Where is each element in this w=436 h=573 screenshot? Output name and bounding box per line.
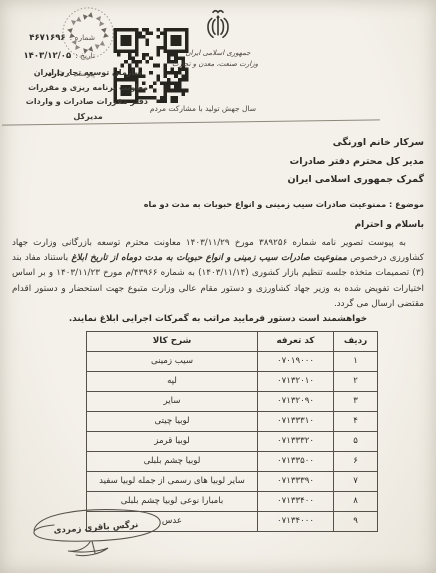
table-row: ۷۰۷۱۳۳۳۹۰سایر لوبیا های رسمی از جمله لوب… <box>87 471 378 491</box>
tariff-code-cell: ۰۷۱۳۲۰۱۰ <box>258 371 334 391</box>
row-index-cell: ۹ <box>334 511 378 531</box>
row-index-cell: ۲ <box>334 371 378 391</box>
table-row: ۵۰۷۱۳۳۳۲۰لوبیا قرمز <box>87 431 378 451</box>
tariff-code-cell: ۰۷۱۳۳۴۰۰ <box>258 491 334 511</box>
organization-block: سازمان توسعه تجارت ایران معاونت برنامه ر… <box>28 4 148 124</box>
product-desc-cell: لوبیا چشم بلبلی <box>87 451 258 471</box>
header-tariff-code: کد تعرفه <box>258 331 334 351</box>
recipient-block: سرکار خانم اورنگی مدیر کل محترم دفتر صاد… <box>12 134 424 190</box>
ministry-line-1: جمهوری اسلامی ایران <box>178 48 258 59</box>
recipient-line-2: مدیر کل محترم دفتر صادرات <box>12 153 424 172</box>
product-desc-cell: سایر لوبیا های رسمی از جمله لوبیا سفید <box>87 471 258 491</box>
org-line-3: دفتر مقررات صادرات و واردات <box>28 95 148 110</box>
row-index-cell: ۳ <box>334 391 378 411</box>
tariff-code-cell: ۰۷۱۳۳۳۹۰ <box>258 471 334 491</box>
recipient-line-3: گمرک جمهوری اسلامی ایران <box>12 171 424 190</box>
row-index-cell: ۸ <box>334 491 378 511</box>
letterhead: شماره : ۴۶۷۱۶۹۶ تاریخ : ۱۴۰۳/۱۲/۰۵ پیوست… <box>0 0 436 124</box>
table-row: ۳۰۷۱۳۲۰۹۰سایر <box>87 391 378 411</box>
body-paragraph: به پیوست تصویر نامه شماره ۳۸۹۲۵۶ مورخ ۱۴… <box>12 236 424 313</box>
table-header-row: ردیف کد تعرفه شرح کالا <box>87 331 378 351</box>
body-emphasis: ممنوعیت صادرات سیب زمینی و انواع حبوبات … <box>71 253 347 263</box>
tariff-code-cell: ۰۷۱۳۳۵۰۰ <box>258 451 334 471</box>
product-desc-cell: سایر <box>87 391 258 411</box>
body-closing-line: خواهشمند است دستور فرمایید مراتب به گمرک… <box>12 314 424 324</box>
product-desc-cell: سیب زمینی <box>87 351 258 371</box>
row-index-cell: ۷ <box>334 471 378 491</box>
product-desc-cell: لوبیا قرمز <box>87 431 258 451</box>
row-index-cell: ۱ <box>334 351 378 371</box>
table-row: ۲۰۷۱۳۲۰۱۰لپه <box>87 371 378 391</box>
subject-line: موضوع : ممنوعیت صادرات سیب زمینی و انواع… <box>12 199 424 209</box>
tariff-code-cell: ۰۷۰۱۹۰۰۰ <box>258 351 334 371</box>
row-index-cell: ۴ <box>334 411 378 431</box>
tpo-logo-icon <box>59 4 117 62</box>
tariff-code-cell: ۰۷۱۳۴۰۰۰ <box>258 511 334 531</box>
letter-content: سرکار خانم اورنگی مدیر کل محترم دفتر صاد… <box>0 124 436 532</box>
header-row-index: ردیف <box>334 331 378 351</box>
tariff-code-cell: ۰۷۱۳۳۳۱۰ <box>258 411 334 431</box>
org-line-1: سازمان توسعه تجارت ایران <box>28 66 148 81</box>
header-product-desc: شرح کالا <box>87 331 258 351</box>
ministry-line-2: وزارت صنعت، معدن و تجارت <box>178 59 258 70</box>
tariff-code-cell: ۰۷۱۳۲۰۹۰ <box>258 391 334 411</box>
product-desc-cell: لوبیا چیتی <box>87 411 258 431</box>
product-desc-cell: لپه <box>87 371 258 391</box>
ministry-block: جمهوری اسلامی ایران وزارت صنعت، معدن و ت… <box>178 8 258 70</box>
iran-emblem-icon <box>203 8 233 44</box>
table-row: ۱۰۷۰۱۹۰۰۰سیب زمینی <box>87 351 378 371</box>
document-page: شماره : ۴۶۷۱۶۹۶ تاریخ : ۱۴۰۳/۱۲/۰۵ پیوست… <box>0 0 436 573</box>
salutation: باسلام و احترام <box>12 220 424 230</box>
row-index-cell: ۶ <box>334 451 378 471</box>
table-row: ۴۰۷۱۳۳۳۱۰لوبیا چیتی <box>87 411 378 431</box>
table-row: ۶۰۷۱۳۳۵۰۰لوبیا چشم بلبلی <box>87 451 378 471</box>
org-line-4: مدیرکل <box>28 110 148 125</box>
year-slogan: سال جهش تولید با مشارکت مردم <box>150 104 256 113</box>
row-index-cell: ۵ <box>334 431 378 451</box>
signature-block: نرگس باقری زمردی <box>20 500 170 562</box>
org-line-2: معاونت برنامه ریزی و مقررات <box>28 81 148 96</box>
recipient-line-1: سرکار خانم اورنگی <box>12 134 424 153</box>
tariff-code-cell: ۰۷۱۳۳۳۲۰ <box>258 431 334 451</box>
